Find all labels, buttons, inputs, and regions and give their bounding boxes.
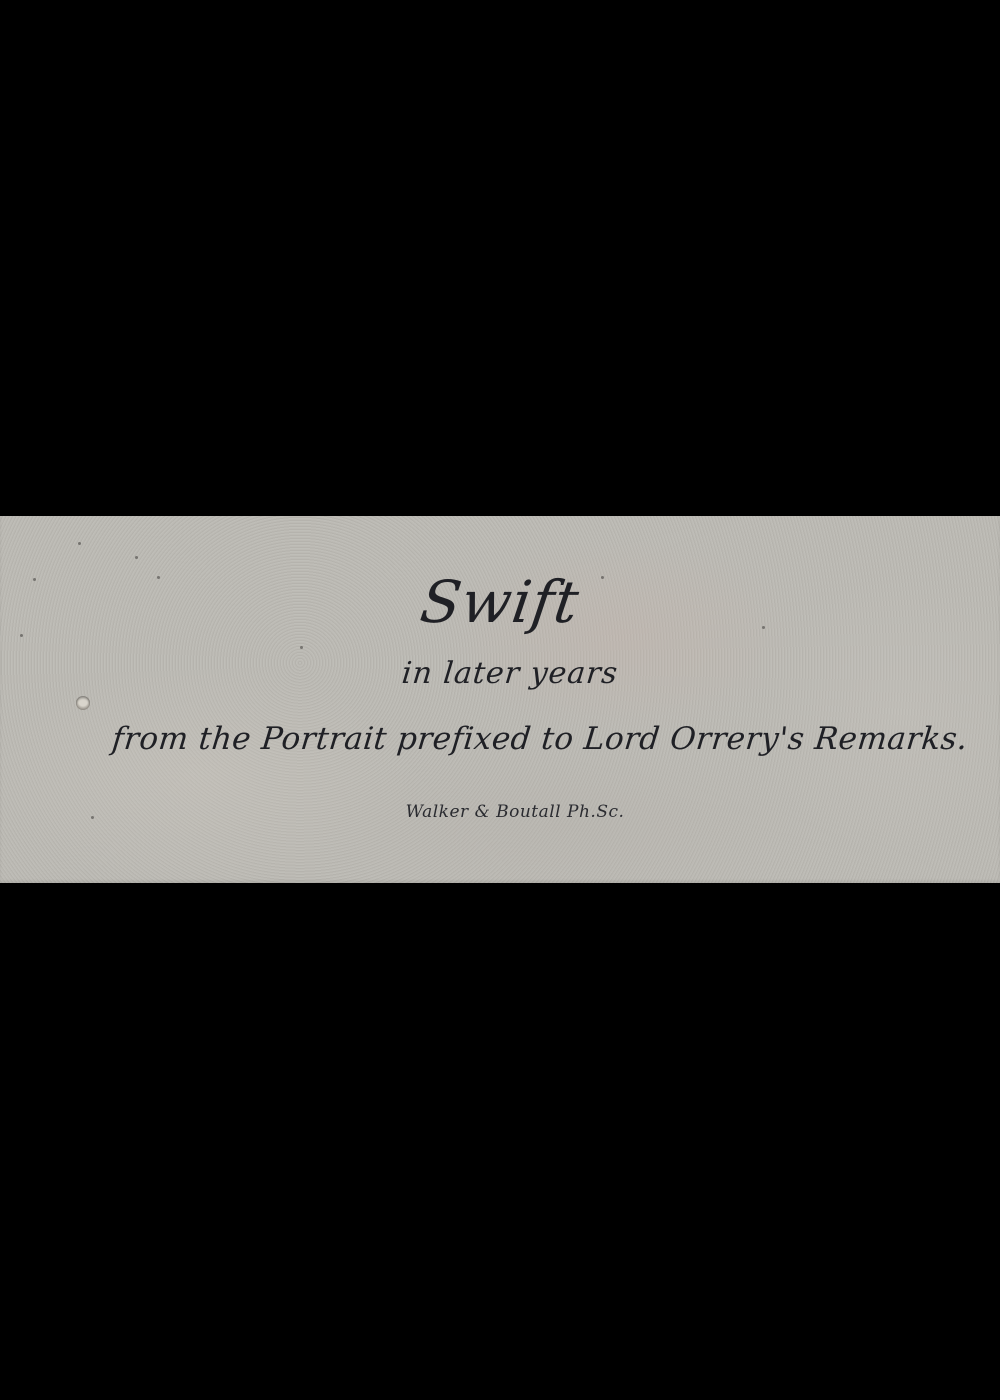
paper-speck xyxy=(135,556,138,559)
caption-source: from the Portrait prefixed to Lord Orrer… xyxy=(38,721,1000,757)
paper-speck xyxy=(300,646,303,649)
caption-subtitle: in later years xyxy=(8,656,1000,691)
paper-speck xyxy=(78,542,81,545)
caption-paper: Swift in later years from the Portrait p… xyxy=(0,516,1000,883)
caption-title: Swift xyxy=(0,568,1000,636)
punch-hole xyxy=(76,696,90,710)
engraver-credit: Walker & Boutall Ph.Sc. xyxy=(15,802,1000,822)
